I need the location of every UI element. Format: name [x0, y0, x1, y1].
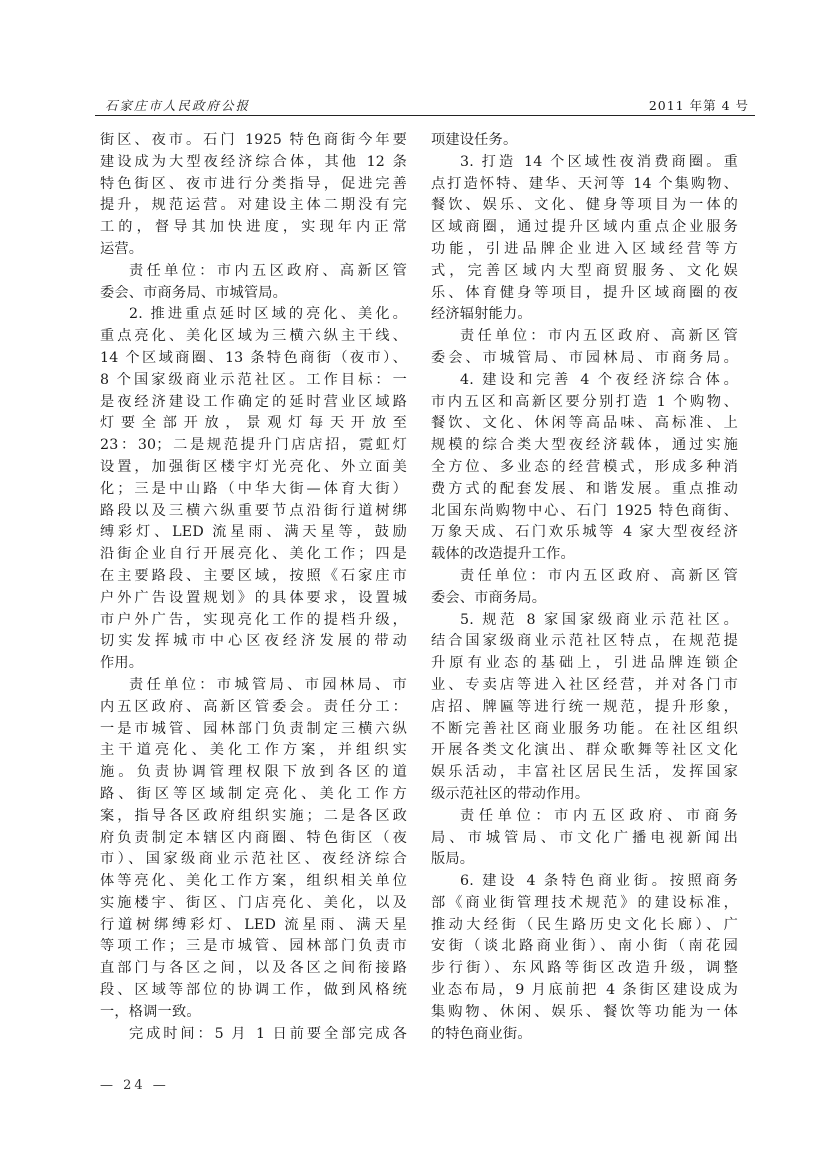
text-line: 运营。 — [100, 239, 407, 261]
text-line: 餐饮、文化、休闲等高品味、高标准、上 — [431, 413, 738, 435]
text-line: 点打造怀特、建华、天河等 14 个集购物、 — [431, 174, 738, 196]
text-line: 工的，督导其加快进度，实现年内正常 — [100, 217, 407, 239]
text-line: 升原有业态的基础上，引进品牌连锁企 — [431, 653, 738, 675]
text-line: 不断完善社区商业服务功能。在社区组织 — [431, 719, 738, 741]
issue-number: 2011 年第 4 号 — [649, 96, 749, 114]
text-line: 安街（谈北路商业街）、南小街（南花园 — [431, 936, 738, 958]
text-line: 内五区政府、高新区管委会。责任分工： — [100, 697, 407, 719]
text-line: 2. 推进重点延时区域的亮化、美化。 — [100, 304, 407, 326]
text-line: 结合国家级商业示范社区特点，在规范提 — [431, 631, 738, 653]
text-line: 灯要全部开放，景观灯每天开放至 — [100, 413, 407, 435]
text-line: 推动大经街（民生路历史文化长廊）、广 — [431, 915, 738, 937]
text-line: 区域商圈，通过提升区域内重点企业服务 — [431, 217, 738, 239]
publication-title: 石家庄市人民政府公报 — [105, 96, 250, 114]
left-column: 街区、夜市。石门 1925 特色商街今年要建设成为大型夜经济综合体，其他 12 … — [100, 130, 407, 1045]
text-line: 化；三是中山路（中华大街—体育大街） — [100, 479, 407, 501]
page-header: 石家庄市人民政府公报 2011 年第 4 号 — [95, 95, 755, 116]
text-line: 功能，引进品牌企业进入区域经营等方 — [431, 239, 738, 261]
text-line: 责任单位：市内五区政府、高新区管 — [100, 261, 407, 283]
text-line: 户外广告设置规划》的具体要求，设置城 — [100, 588, 407, 610]
text-line: 作用。 — [100, 653, 407, 675]
text-line: 一是市城管、园林部门负责制定三横六纵 — [100, 719, 407, 741]
text-line: 部《商业街管理技术规范》的建设标准， — [431, 893, 738, 915]
text-line: 案，指导各区政府组织实施；二是各区政 — [100, 806, 407, 828]
text-line: 责任单位：市内五区政府、高新区管 — [431, 326, 738, 348]
text-line: 23：30；二是规范提升门店店招，霓虹灯 — [100, 435, 407, 457]
text-line: 府负责制定本辖区内商圈、特色街区（夜 — [100, 828, 407, 850]
text-line: 委会、市商务局。 — [431, 588, 738, 610]
text-line: 局、市城管局、市文化广播电视新闻出 — [431, 828, 738, 850]
text-line: 娱乐活动，丰富社区居民生活，发挥国家 — [431, 762, 738, 784]
text-line: 14 个区域商圈、13 条特色商街（夜市）、 — [100, 348, 407, 370]
text-line: 4. 建设和完善 4 个夜经济综合体。 — [431, 370, 738, 392]
text-line: 5. 规范 8 家国家级商业示范社区。 — [431, 610, 738, 632]
text-line: 经济辐射能力。 — [431, 304, 738, 326]
text-line: 体等亮化、美化工作方案，组织相关单位 — [100, 871, 407, 893]
text-line: 级示范社区的带动作用。 — [431, 784, 738, 806]
text-line: 费方式的配套发展、和谐发展。重点推动 — [431, 479, 738, 501]
text-line: 餐饮、娱乐、文化、健身等项目为一体的 — [431, 195, 738, 217]
text-line: 主干道亮化、美化工作方案，并组织实 — [100, 740, 407, 762]
text-line: 6. 建设 4 条特色商业街。按照商务 — [431, 871, 738, 893]
text-line: 步行街）、东风路等街区改造升级，调整 — [431, 958, 738, 980]
text-line: 业态布局，9 月底前把 4 条街区建设成为 — [431, 980, 738, 1002]
text-line: 项建设任务。 — [431, 130, 738, 152]
text-line: 直部门与各区之间，以及各区之间衔接路 — [100, 958, 407, 980]
text-line: 路段以及三横六纵重要节点沿街行道树绑 — [100, 501, 407, 523]
text-line: 段、区域等部位的协调工作，做到风格统 — [100, 980, 407, 1002]
text-line: 实施楼宇、街区、门店亮化、美化，以及 — [100, 893, 407, 915]
text-line: 载体的改造提升工作。 — [431, 544, 738, 566]
text-line: 责任单位：市内五区政府、市商务 — [431, 806, 738, 828]
text-line: 沿街企业自行开展亮化、美化工作；四是 — [100, 544, 407, 566]
text-line: 切实发挥城市中心区夜经济发展的带动 — [100, 631, 407, 653]
text-line: 路、街区等区域制定亮化、美化工作方 — [100, 784, 407, 806]
text-line: 等项工作；三是市城管、园林部门负责市 — [100, 936, 407, 958]
text-line: 北国东尚购物中心、石门 1925 特色商街、 — [431, 501, 738, 523]
text-line: 委会、市商务局、市城管局。 — [100, 283, 407, 305]
text-line: 8 个国家级商业示范社区。工作目标：一 — [100, 370, 407, 392]
text-line: 是夜经济建设工作确定的延时营业区域路 — [100, 392, 407, 414]
text-line: 设置，加强街区楼宇灯光亮化、外立面美 — [100, 457, 407, 479]
text-line: 建设成为大型夜经济综合体，其他 12 条 — [100, 152, 407, 174]
text-line: 施。负责协调管理权限下放到各区的道 — [100, 762, 407, 784]
text-line: 式，完善区域内大型商贸服务、文化娱 — [431, 261, 738, 283]
text-line: 乐、体育健身等项目，提升区域商圈的夜 — [431, 283, 738, 305]
text-line: 万象天成、石门欢乐城等 4 家大型夜经济 — [431, 522, 738, 544]
right-column: 项建设任务。3. 打造 14 个区域性夜消费商圈。重点打造怀特、建华、天河等 1… — [431, 130, 738, 1045]
text-line: 完成时间：5 月 1 日前要全部完成各 — [100, 1024, 407, 1046]
text-line: 重点亮化、美化区域为三横六纵主干线、 — [100, 326, 407, 348]
text-line: 街区、夜市。石门 1925 特色商街今年要 — [100, 130, 407, 152]
text-line: 的特色商业街。 — [431, 1024, 738, 1046]
text-line: 3. 打造 14 个区域性夜消费商圈。重 — [431, 152, 738, 174]
text-line: 版局。 — [431, 849, 738, 871]
text-line: 市）、国家级商业示范社区、夜经济综合 — [100, 849, 407, 871]
text-line: 责任单位：市内五区政府、高新区管 — [431, 566, 738, 588]
text-line: 行道树绑缚彩灯、LED 流星雨、满天星 — [100, 915, 407, 937]
text-line: 集购物、休闲、娱乐、餐饮等功能为一体 — [431, 1002, 738, 1024]
text-line: 全方位、多业态的经营模式，形成多种消 — [431, 457, 738, 479]
text-line: 在主要路段、主要区域，按照《石家庄市 — [100, 566, 407, 588]
text-line: 开展各类文化演出、群众歌舞等社区文化 — [431, 740, 738, 762]
text-line: 一，格调一致。 — [100, 1002, 407, 1024]
text-line: 业、专卖店等进入社区经营，并对各门市 — [431, 675, 738, 697]
text-line: 店招、牌匾等进行统一规范，提升形象， — [431, 697, 738, 719]
text-line: 缚彩灯、LED 流星雨、满天星等，鼓励 — [100, 522, 407, 544]
text-line: 市内五区和高新区要分别打造 1 个购物、 — [431, 392, 738, 414]
text-line: 提升，规范运营。对建设主体二期没有完 — [100, 195, 407, 217]
text-line: 委会、市城管局、市园林局、市商务局。 — [431, 348, 738, 370]
page-number: — 24 — — [100, 1078, 169, 1093]
text-line: 规模的综合类大型夜经济载体，通过实施 — [431, 435, 738, 457]
text-line: 市户外广告，实现亮化工作的提档升级， — [100, 610, 407, 632]
text-line: 责任单位：市城管局、市园林局、市 — [100, 675, 407, 697]
text-line: 特色街区、夜市进行分类指导，促进完善 — [100, 174, 407, 196]
